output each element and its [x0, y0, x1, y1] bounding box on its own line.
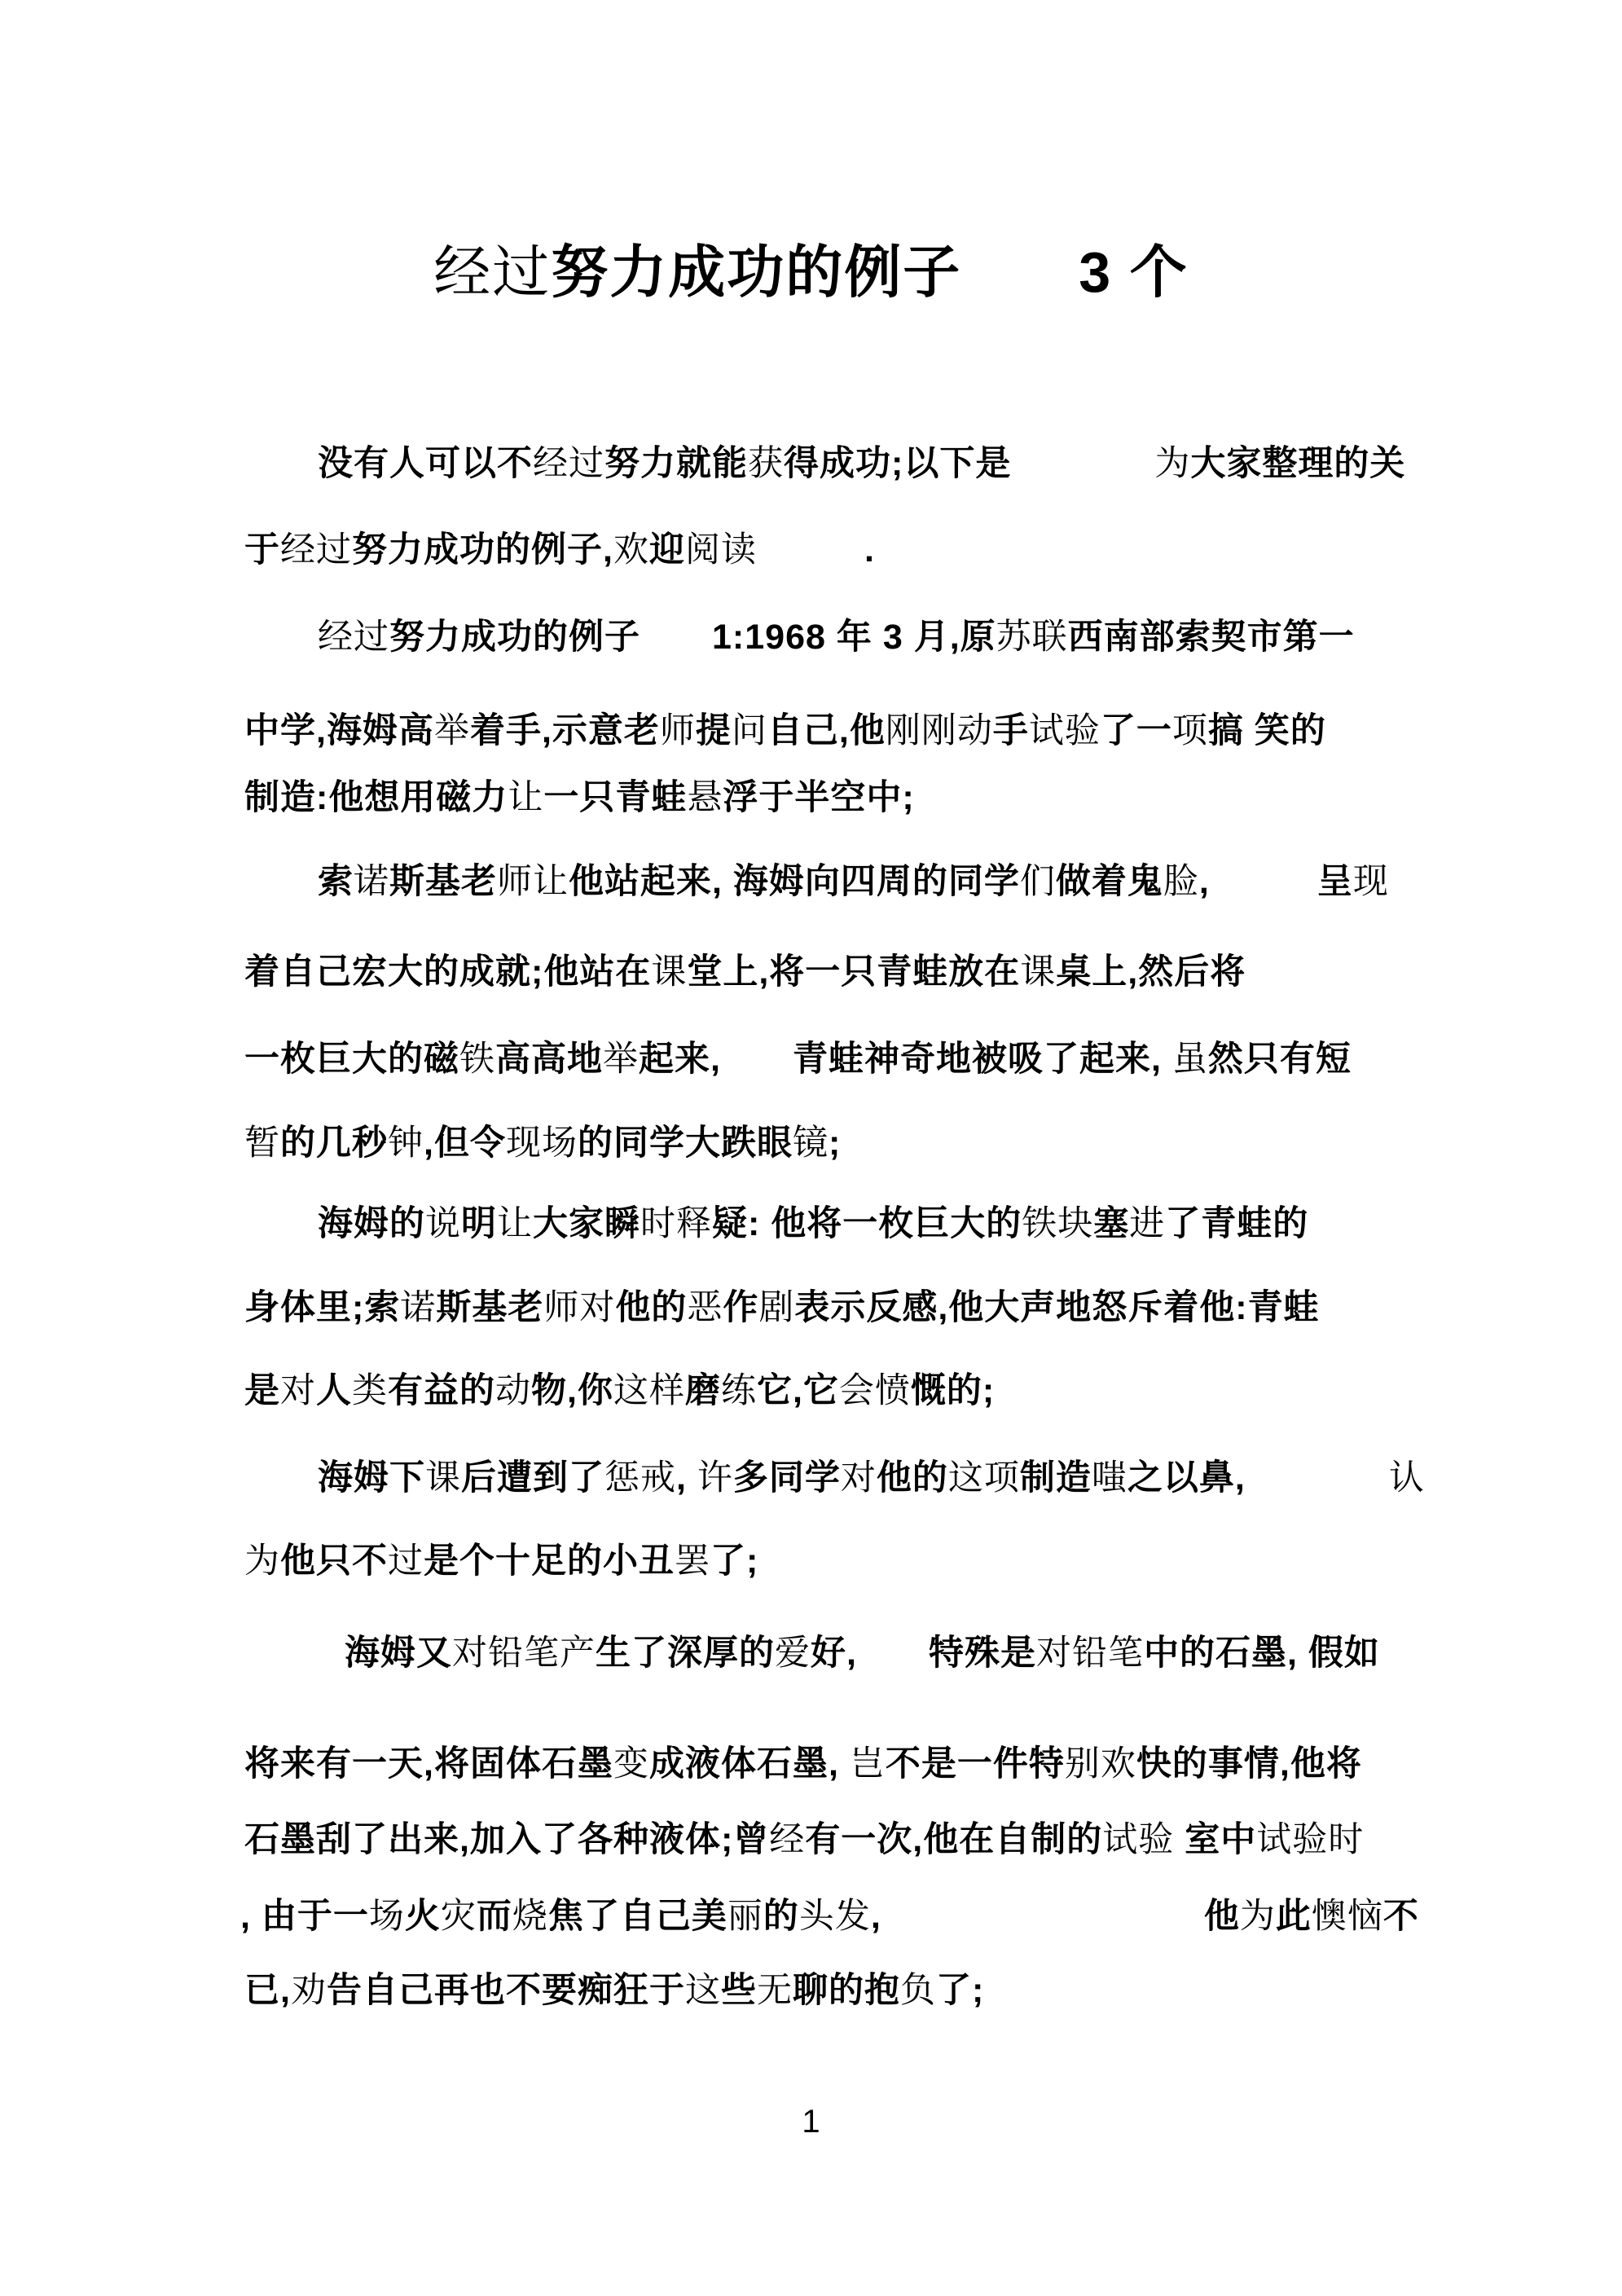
text-line: 身体里;索诺斯基老师对他的恶作剧表示反感,他大声地怒斥着他:青蛙 — [244, 1287, 1320, 1331]
text-line: 海姆下课后遭到了惩戒, 许多同学对他的这项制造嗤之以鼻, 认 — [318, 1457, 1425, 1501]
text-line: 于经过努力成功的例子,欢迎阅读 . — [244, 529, 875, 573]
text-line: 制造:他想用磁力让一只青蛙悬浮于半空中; — [244, 776, 915, 820]
text-line: 着自己宏大的成就;他站在课堂上,将一只青蛙放在课桌上,然后将 — [244, 951, 1246, 995]
page-number: 1 — [0, 2104, 1622, 2140]
text-line: 没有人可以不经过努力就能获得成功;以下是 为大家整理的关 — [318, 442, 1405, 486]
text-line: 石墨刮了出来,加入了各种液体;曾经有一次,他在自制的试验 室中试验时 — [244, 1819, 1364, 1863]
text-line: 暂的几秒钟,但令现场的同学大跌眼镜; — [244, 1122, 841, 1166]
text-line: 海姆又对铅笔产生了深厚的爱好, 特殊是对铅笔中的石墨, 假如 — [345, 1632, 1380, 1676]
text-line: 一枚巨大的磁铁高高地举起来, 青蛙神奇地被吸了起来, 虽然只有短 — [244, 1038, 1352, 1082]
text-line: 为他只不过是个十足的小丑罢了; — [244, 1540, 758, 1584]
text-line: 索诺斯基老师让他站起来, 海姆向四周的同学们做着鬼脸, 呈现 — [318, 860, 1389, 904]
text-line: , 由于一场火灾而烧焦了自己美丽的头发, 他为此懊恼不 — [240, 1895, 1419, 1939]
document-page: 经过努力成功的例子 3 个 没有人可以不经过努力就能获得成功;以下是 为大家整理… — [0, 0, 1622, 2296]
text-line: 是对人类有益的动物,你这样磨练它,它会愤慨的; — [244, 1370, 995, 1414]
text-line: 将来有一天,将固体石墨变成液体石墨, 岂不是一件特别欢快的事情,他将 — [244, 1743, 1362, 1787]
text-line: 经过努力成功的例子 1:1968 年 3 月,原苏联西南部索契市第一 — [318, 616, 1355, 660]
document-title: 经过努力成功的例子 3 个 — [0, 241, 1622, 304]
text-line: 海姆的说明让大家瞬时释疑: 他将一枚巨大的铁块塞进了青蛙的 — [318, 1203, 1308, 1247]
text-line: 中学,海姆高举着手,示意老师提问自己,他刚刚动手试验了一项搞 笑的 — [244, 710, 1326, 754]
text-line: 已,劝告自己再也不要痴狂于这些无聊的抱负了; — [244, 1969, 984, 2013]
